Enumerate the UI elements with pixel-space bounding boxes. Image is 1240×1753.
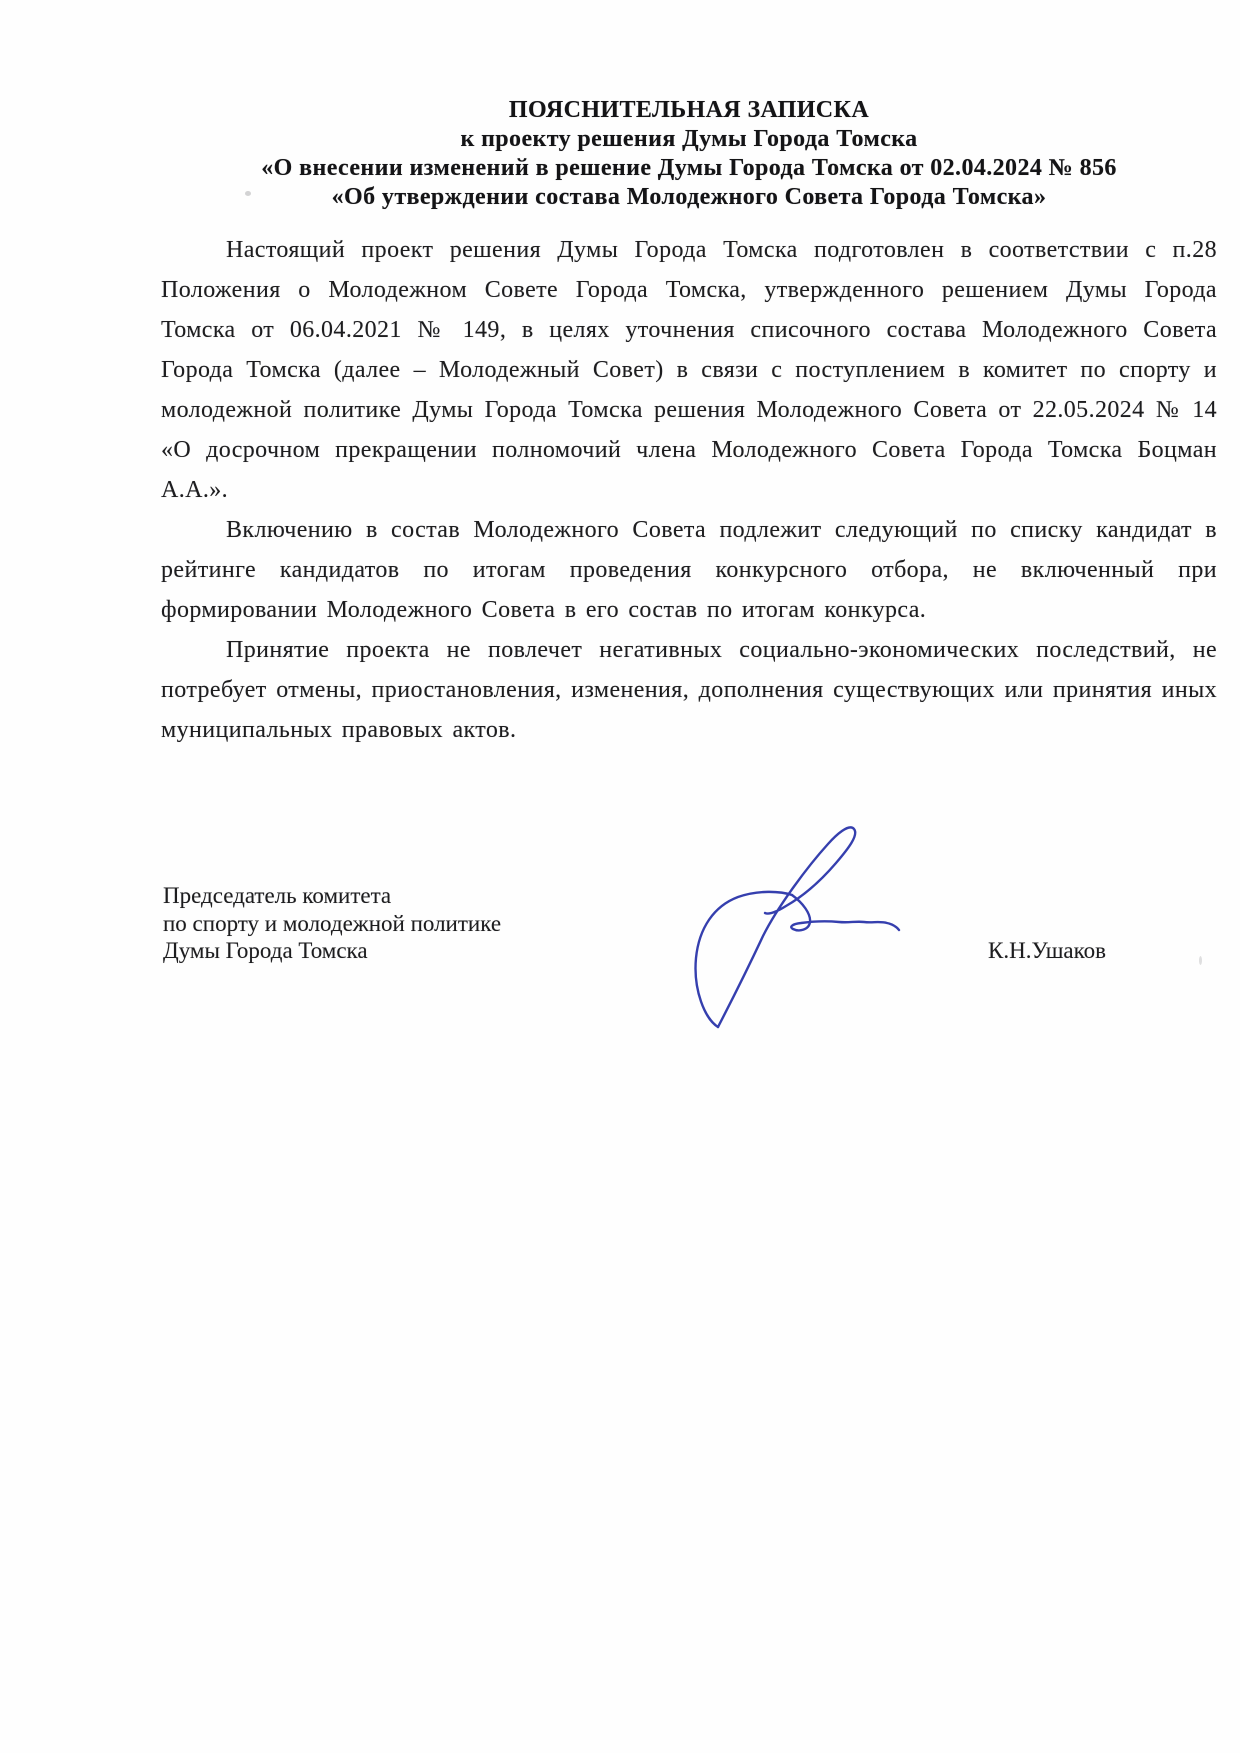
document-title: ПОЯСНИТЕЛЬНАЯ ЗАПИСКА к проекту решения …: [161, 96, 1217, 212]
title-line-2: к проекту решения Думы Города Томска: [161, 125, 1217, 154]
signatory-position-line-1: Председатель комитета: [163, 882, 501, 910]
signatory-position: Председатель комитета по спорту и молоде…: [163, 882, 501, 965]
title-line-3: «О внесении изменений в решение Думы Гор…: [161, 154, 1217, 183]
scan-artifact: [1199, 956, 1202, 965]
title-line-4: «Об утверждении состава Молодежного Сове…: [161, 183, 1217, 212]
paragraph-2: Включению в состав Молодежного Совета по…: [161, 510, 1217, 630]
document-page: ПОЯСНИТЕЛЬНАЯ ЗАПИСКА к проекту решения …: [0, 0, 1240, 1753]
signatory-position-line-3: Думы Города Томска: [163, 937, 501, 965]
title-line-1: ПОЯСНИТЕЛЬНАЯ ЗАПИСКА: [161, 96, 1217, 125]
paragraph-1: Настоящий проект решения Думы Города Том…: [161, 230, 1217, 510]
paragraph-3: Принятие проекта не повлечет негативных …: [161, 630, 1217, 750]
signature-stroke-main: [718, 827, 855, 1027]
scan-artifact: [245, 191, 251, 196]
signatory-position-line-2: по спорту и молодежной политике: [163, 910, 501, 938]
signatory-name: К.Н.Ушаков: [988, 938, 1106, 964]
signature-stroke-tail: [791, 895, 899, 930]
handwritten-signature-icon: [688, 818, 903, 1038]
document-body: Настоящий проект решения Думы Города Том…: [161, 230, 1217, 750]
